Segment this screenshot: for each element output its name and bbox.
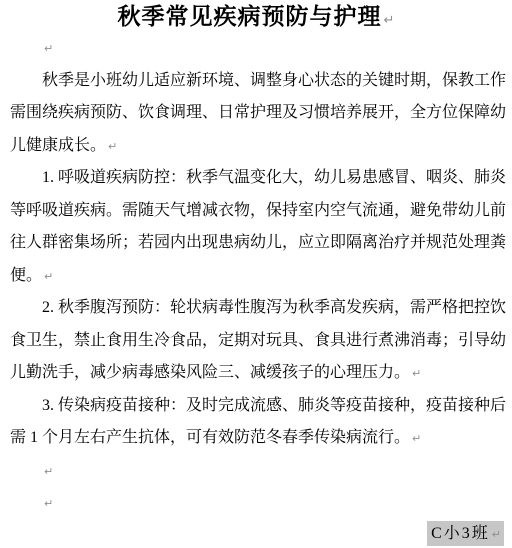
paragraph-line-text: 2. 秋季腹泻预防：轮状病毒性腹泻为秋季高发疾病，需严格把控饮 xyxy=(42,299,506,316)
paragraph-mark-icon: ↵ xyxy=(410,432,421,445)
paragraph-mark-icon: ↵ xyxy=(490,528,501,541)
paragraph-mark-icon: ↵ xyxy=(42,497,53,510)
paragraph-line-text: 往人群密集场所；若园内出现患病幼儿，应立即隔离治疗并规范处理粪 xyxy=(10,234,506,251)
paragraph-line-text: 秋季是小班幼儿适应新环境、调整身心状态的关键时期，保教工作 xyxy=(42,72,506,89)
paragraph-line-text: 食卫生，禁止食用生冷食品，定期对玩具、食具进行煮沸消毒；引导幼 xyxy=(10,332,506,349)
paragraph-mark-icon: ↵ xyxy=(106,140,117,153)
paragraph-line: 1. 呼吸道疾病防控：秋季气温变化大，幼儿易患感冒、咽炎、肺炎 xyxy=(10,162,506,195)
paragraph-line-text: 3. 传染病疫苗接种：及时完成流感、肺炎等疫苗接种，疫苗接种后 xyxy=(42,397,506,414)
signature-row: C小3班↵ xyxy=(0,520,512,548)
paragraph-line: 食卫生，禁止食用生冷食品，定期对玩具、食具进行煮沸消毒；引导幼 xyxy=(10,325,506,358)
paragraph-line-text: 1. 呼吸道疾病防控：秋季气温变化大，幼儿易患感冒、咽炎、肺炎 xyxy=(42,169,506,186)
paragraph-line: 秋季是小班幼儿适应新环境、调整身心状态的关键时期，保教工作 xyxy=(10,65,506,98)
class-signature-field[interactable]: C小3班↵ xyxy=(427,521,504,546)
document-page: 秋季常见疾病预防与护理↵ ↵秋季是小班幼儿适应新环境、调整身心状态的关键时期，保… xyxy=(0,0,512,548)
paragraph-line-text: 需围绕疾病预防、饮食调理、日常护理及习惯培养展开，全方位保障幼 xyxy=(10,104,506,121)
paragraph-line-text: 儿健康成长。 xyxy=(10,137,106,154)
document-body: ↵秋季是小班幼儿适应新环境、调整身心状态的关键时期，保教工作需围绕疾病预防、饮食… xyxy=(10,32,506,520)
paragraph-line: 便。↵ xyxy=(10,260,506,293)
paragraph-line-text: 等呼吸道疾病。需随天气增减衣物，保持室内空气流通，避免带幼儿前 xyxy=(10,202,506,219)
paragraph-line: ↵ xyxy=(10,455,506,488)
paragraph-line: 往人群密集场所；若园内出现患病幼儿，应立即隔离治疗并规范处理粪 xyxy=(10,227,506,260)
paragraph-line: 等呼吸道疾病。需随天气增减衣物，保持室内空气流通，避免带幼儿前 xyxy=(10,195,506,228)
paragraph-line-text: 需 1 个月左右产生抗体，可有效防范冬春季传染病流行。 xyxy=(10,429,410,446)
class-signature-text: C小3班 xyxy=(431,525,490,542)
paragraph-line: 儿勤洗手，减少病毒感染风险三、减缓孩子的心理压力。↵ xyxy=(10,357,506,390)
paragraph-line: 2. 秋季腹泻预防：轮状病毒性腹泻为秋季高发疾病，需严格把控饮 xyxy=(10,292,506,325)
paragraph-line: 3. 传染病疫苗接种：及时完成流感、肺炎等疫苗接种，疫苗接种后 xyxy=(10,390,506,423)
paragraph-line: 需围绕疾病预防、饮食调理、日常护理及习惯培养展开，全方位保障幼 xyxy=(10,97,506,130)
paragraph-mark-icon: ↵ xyxy=(42,42,53,55)
paragraph-line: 需 1 个月左右产生抗体，可有效防范冬春季传染病流行。↵ xyxy=(10,422,506,455)
paragraph-mark-icon: ↵ xyxy=(42,270,53,283)
paragraph-line-text: 便。 xyxy=(10,267,42,284)
paragraph-mark-icon: ↵ xyxy=(42,465,53,478)
paragraph-mark-icon: ↵ xyxy=(410,367,421,380)
paragraph-line-text: 儿勤洗手，减少病毒感染风险三、减缓孩子的心理压力。 xyxy=(10,364,410,381)
document-title: 秋季常见疾病预防与护理 xyxy=(118,4,382,29)
paragraph-line: 儿健康成长。↵ xyxy=(10,130,506,163)
paragraph-mark-icon: ↵ xyxy=(382,13,395,28)
title-row: 秋季常见疾病预防与护理↵ xyxy=(0,0,512,32)
paragraph-line: ↵ xyxy=(10,32,506,65)
paragraph-line: ↵ xyxy=(10,487,506,520)
